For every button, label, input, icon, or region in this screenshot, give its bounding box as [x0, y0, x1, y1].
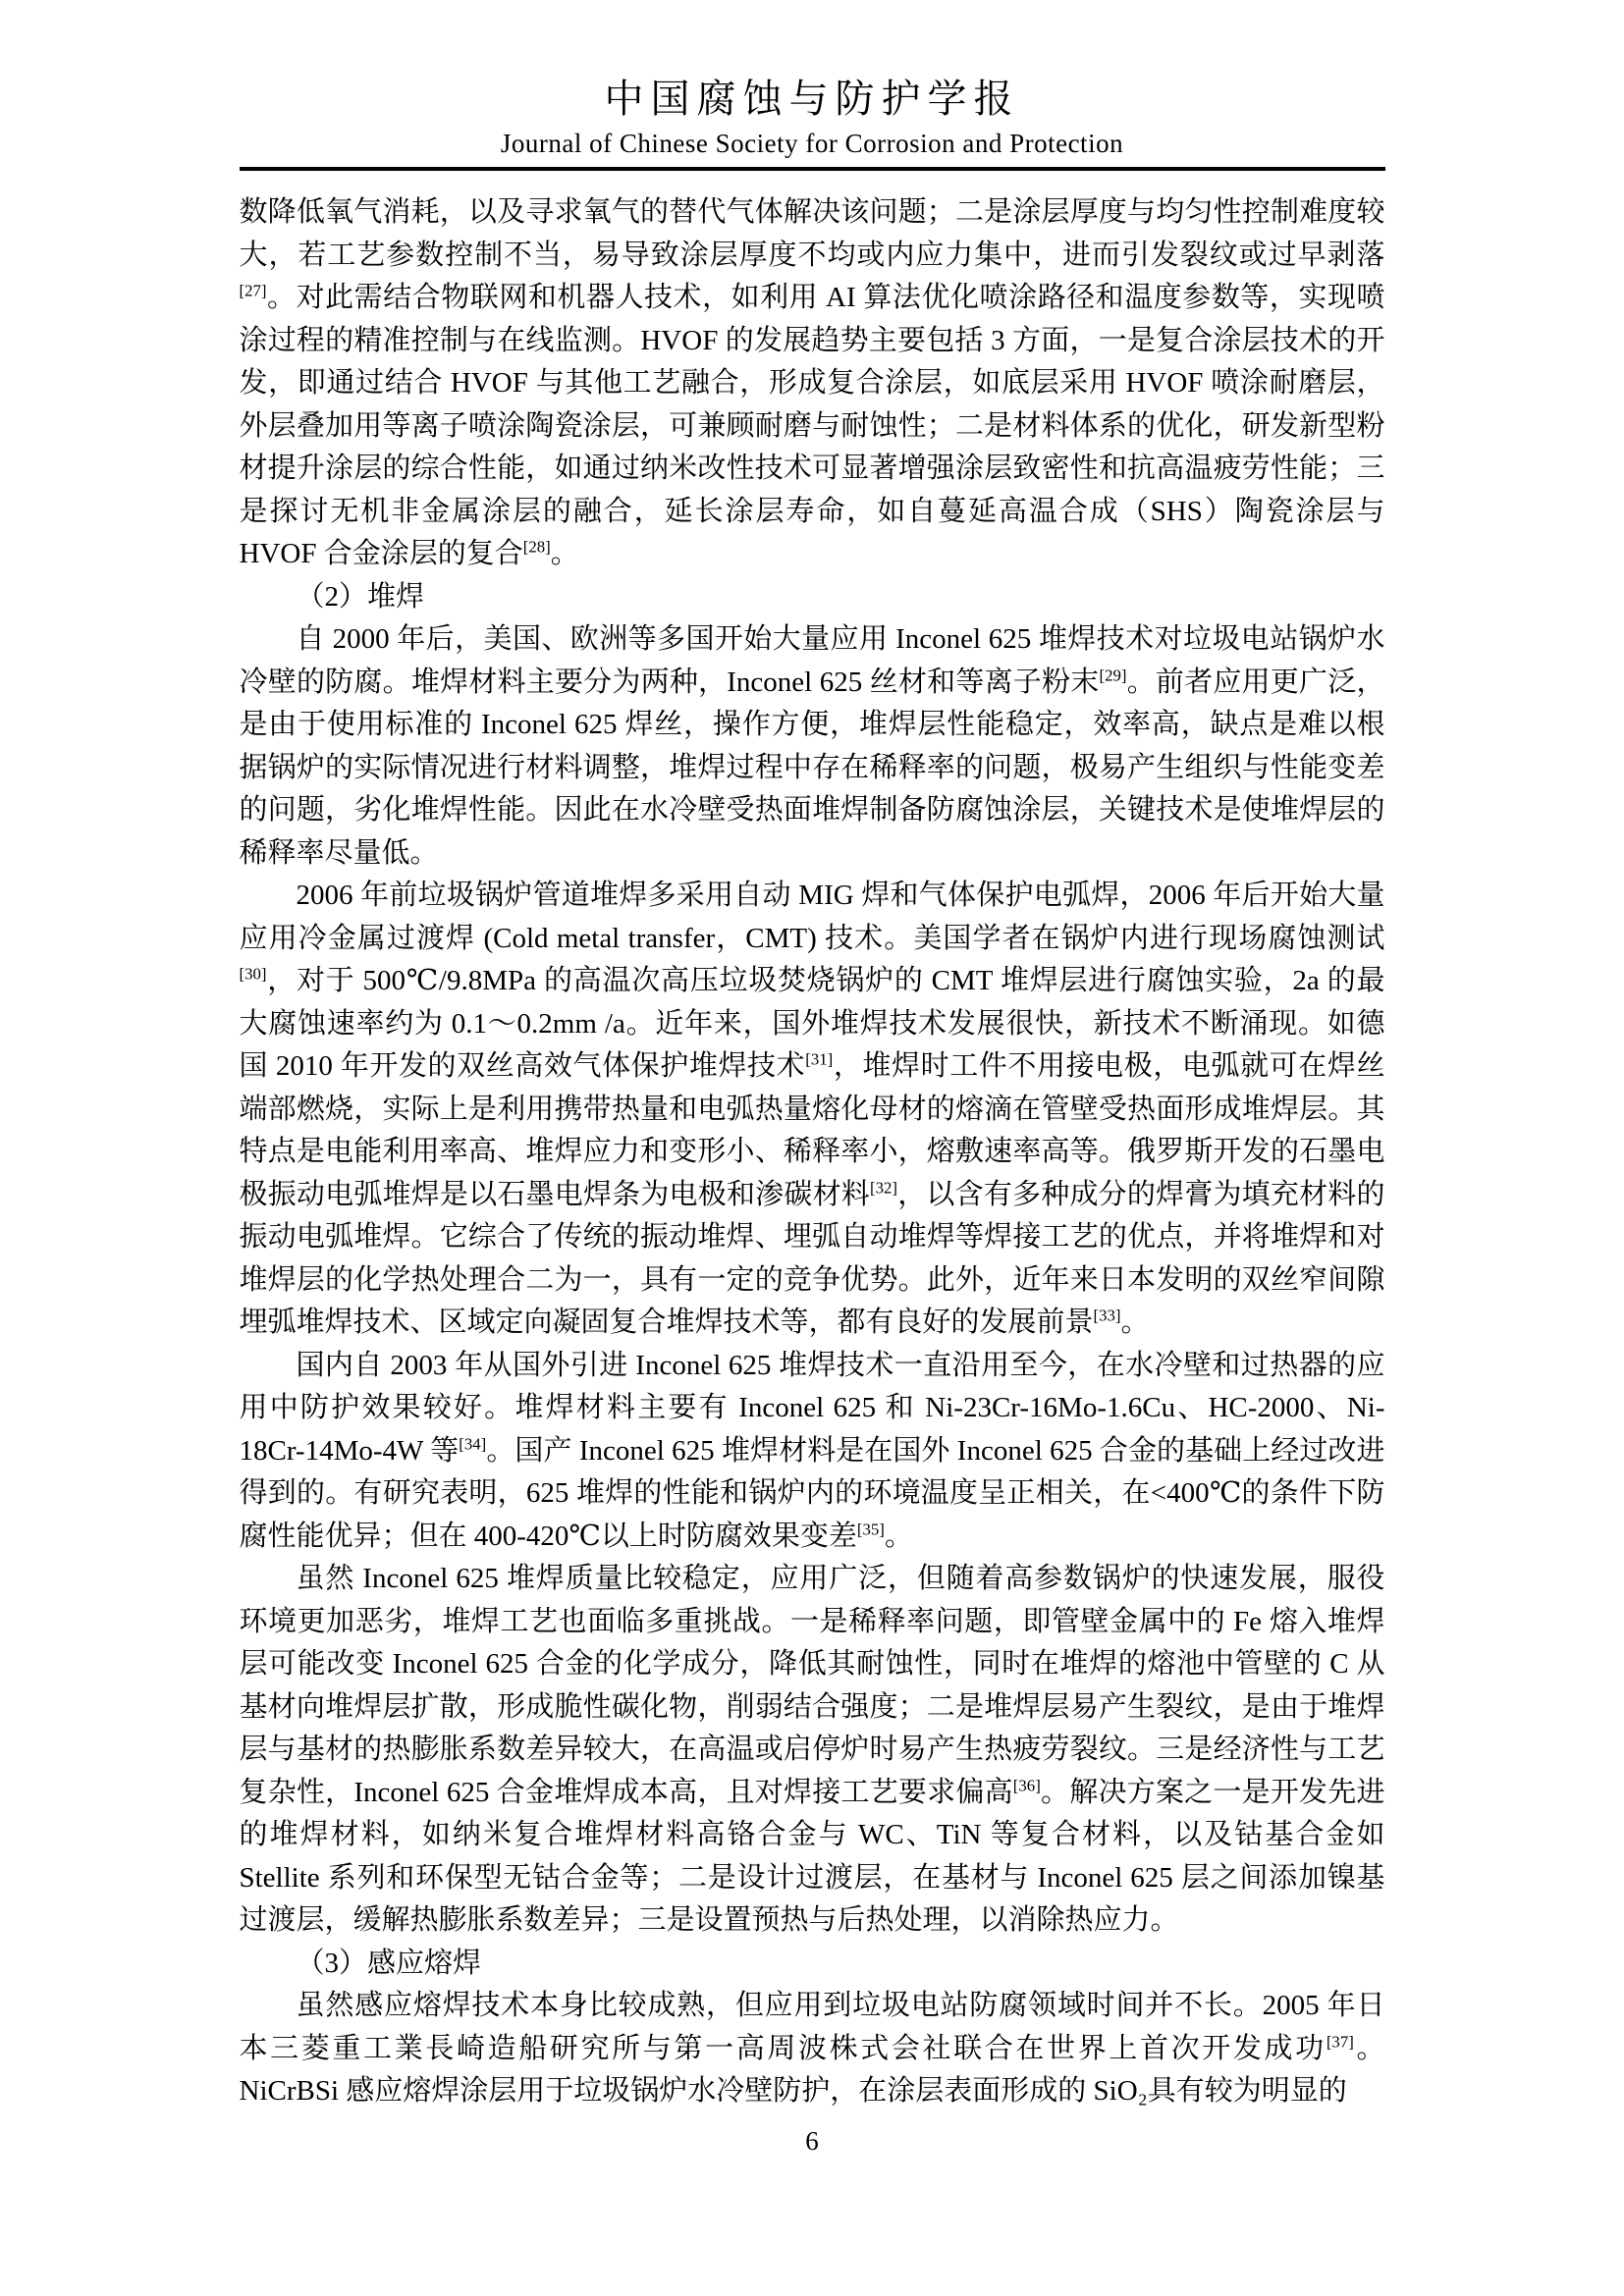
- paragraph: 虽然感应熔焊技术本身比较成熟，但应用到垃圾电站防腐领域时间并不长。2005 年日…: [240, 1985, 1385, 2113]
- citation-marker: [32]: [870, 1178, 897, 1197]
- paragraph: 国内自 2003 年从国外引进 Inconel 625 堆焊技术一直沿用至今，在…: [240, 1345, 1385, 1559]
- header-rule: [240, 167, 1385, 171]
- paragraph: （3）感应熔焊: [240, 1943, 1385, 1986]
- citation-marker: [34]: [459, 1434, 486, 1453]
- paragraph: 数降低氧气消耗，以及寻求氧气的替代气体解决该问题；二是涂层厚度与均匀性控制难度较…: [240, 191, 1385, 576]
- journal-title-en: Journal of Chinese Society for Corrosion…: [0, 129, 1624, 159]
- citation-marker: [33]: [1094, 1306, 1121, 1324]
- citation-marker: [27]: [240, 281, 267, 299]
- page-header: 中国腐蚀与防护学报 Journal of Chinese Society for…: [0, 0, 1624, 171]
- paragraph: （2）堆焊: [240, 576, 1385, 619]
- citation-marker: [28]: [523, 537, 551, 556]
- paragraph: 虽然 Inconel 625 堆焊质量比较稳定，应用广泛，但随着高参数锅炉的快速…: [240, 1558, 1385, 1943]
- citation-marker: [29]: [1099, 666, 1126, 684]
- citation-marker: [35]: [857, 1520, 885, 1538]
- citation-marker: [37]: [1326, 2032, 1354, 2051]
- citation-marker: [31]: [805, 1049, 833, 1068]
- citation-marker: [36]: [1013, 1776, 1041, 1794]
- paragraph: 自 2000 年后，美国、欧洲等多国开始大量应用 Inconel 625 堆焊技…: [240, 618, 1385, 875]
- journal-title-zh: 中国腐蚀与防护学报: [0, 77, 1624, 122]
- body-text: 数降低氧气消耗，以及寻求氧气的替代气体解决该问题；二是涂层厚度与均匀性控制难度较…: [240, 191, 1385, 2113]
- paragraph: 2006 年前垃圾锅炉管道堆焊多采用自动 MIG 焊和气体保护电弧焊，2006 …: [240, 875, 1385, 1345]
- page-footer: 6: [0, 2126, 1624, 2157]
- page-number: 6: [805, 2126, 819, 2156]
- document-page: 中国腐蚀与防护学报 Journal of Chinese Society for…: [0, 0, 1624, 2296]
- citation-marker: [30]: [240, 964, 267, 983]
